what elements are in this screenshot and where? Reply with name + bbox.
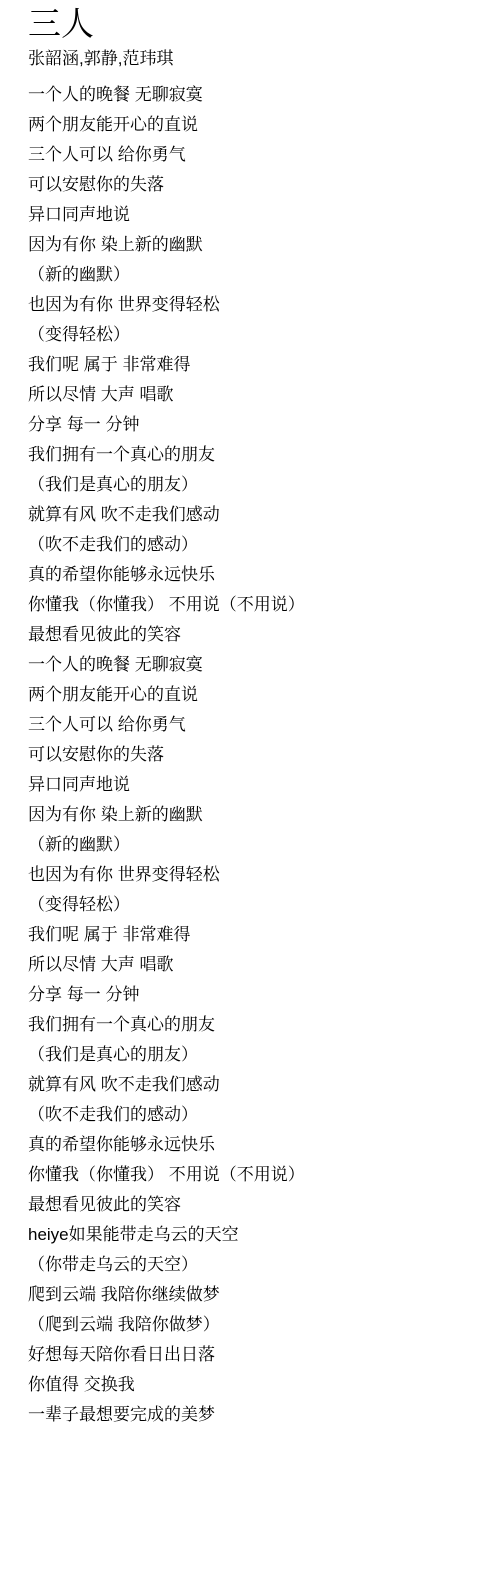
lyric-line: 就算有风 吹不走我们感动 <box>28 1070 488 1100</box>
lyric-line: 两个朋友能开心的直说 <box>28 680 488 710</box>
lyric-line: 我们呢 属于 非常难得 <box>28 350 488 380</box>
lyric-line: 最想看见彼此的笑容 <box>28 1190 488 1220</box>
lyric-line: 所以尽情 大声 唱歌 <box>28 380 488 410</box>
lyric-line: （你带走乌云的天空） <box>28 1250 488 1280</box>
lyric-line: （爬到云端 我陪你做梦） <box>28 1310 488 1340</box>
lyric-line: 我们拥有一个真心的朋友 <box>28 440 488 470</box>
lyric-line: 可以安慰你的失落 <box>28 170 488 200</box>
song-title: 三人 <box>28 2 488 46</box>
lyric-line: 一辈子最想要完成的美梦 <box>28 1400 488 1430</box>
lyric-line: 你懂我（你懂我） 不用说（不用说） <box>28 1160 488 1190</box>
lyrics-body: 一个人的晚餐 无聊寂寞两个朋友能开心的直说三个人可以 给你勇气可以安慰你的失落异… <box>28 80 488 1430</box>
lyric-line: （新的幽默） <box>28 260 488 290</box>
lyric-line: 三个人可以 给你勇气 <box>28 140 488 170</box>
lyric-line: （新的幽默） <box>28 830 488 860</box>
lyric-line: （我们是真心的朋友） <box>28 470 488 500</box>
lyric-line: 两个朋友能开心的直说 <box>28 110 488 140</box>
lyric-line: 真的希望你能够永远快乐 <box>28 1130 488 1160</box>
lyric-line: 一个人的晚餐 无聊寂寞 <box>28 650 488 680</box>
lyric-line: 所以尽情 大声 唱歌 <box>28 950 488 980</box>
lyric-line: heiye如果能带走乌云的天空 <box>28 1220 488 1250</box>
lyric-line: 最想看见彼此的笑容 <box>28 620 488 650</box>
lyric-line: 我们拥有一个真心的朋友 <box>28 1010 488 1040</box>
lyric-line: 你值得 交换我 <box>28 1370 488 1400</box>
lyric-line: 因为有你 染上新的幽默 <box>28 230 488 260</box>
lyric-line: （变得轻松） <box>28 890 488 920</box>
lyric-line: 分享 每一 分钟 <box>28 410 488 440</box>
lyric-line: 爬到云端 我陪你继续做梦 <box>28 1280 488 1310</box>
lyrics-page: 三人 张韶涵,郭静,范玮琪 一个人的晚餐 无聊寂寞两个朋友能开心的直说三个人可以… <box>0 0 500 1430</box>
lyric-line: （变得轻松） <box>28 320 488 350</box>
artist-names: 张韶涵,郭静,范玮琪 <box>28 46 488 71</box>
lyric-line: 也因为有你 世界变得轻松 <box>28 290 488 320</box>
lyric-line: （我们是真心的朋友） <box>28 1040 488 1070</box>
lyric-line: （吹不走我们的感动） <box>28 530 488 560</box>
lyric-line: 我们呢 属于 非常难得 <box>28 920 488 950</box>
lyric-line: 好想每天陪你看日出日落 <box>28 1340 488 1370</box>
lyric-line: 三个人可以 给你勇气 <box>28 710 488 740</box>
lyric-line: （吹不走我们的感动） <box>28 1100 488 1130</box>
lyric-line: 你懂我（你懂我） 不用说（不用说） <box>28 590 488 620</box>
lyric-line: 一个人的晚餐 无聊寂寞 <box>28 80 488 110</box>
lyric-line: 分享 每一 分钟 <box>28 980 488 1010</box>
lyric-line: 异口同声地说 <box>28 770 488 800</box>
lyric-line: 异口同声地说 <box>28 200 488 230</box>
lyric-line: 因为有你 染上新的幽默 <box>28 800 488 830</box>
lyric-line: 也因为有你 世界变得轻松 <box>28 860 488 890</box>
lyric-line: 就算有风 吹不走我们感动 <box>28 500 488 530</box>
lyric-line: 可以安慰你的失落 <box>28 740 488 770</box>
lyric-line: 真的希望你能够永远快乐 <box>28 560 488 590</box>
